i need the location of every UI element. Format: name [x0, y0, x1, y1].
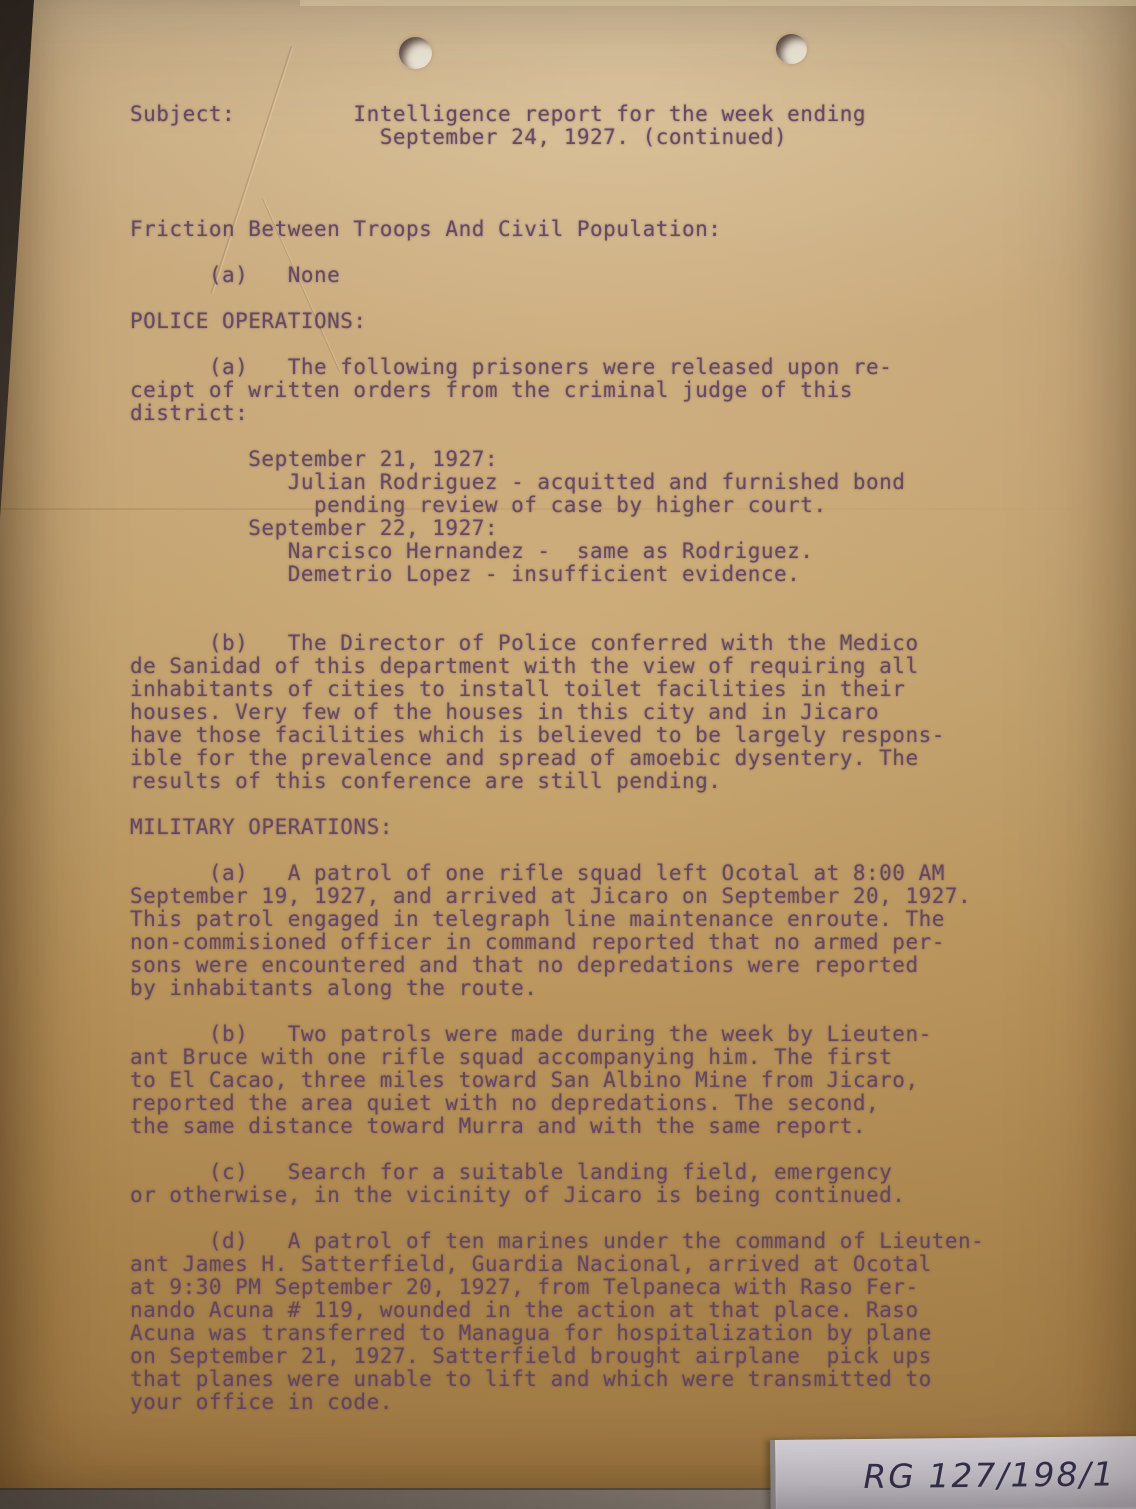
document-line: pending review of case by higher court.	[130, 494, 1070, 517]
document-line: reported the area quiet with no depredat…	[130, 1092, 1070, 1115]
document-line	[130, 839, 1070, 862]
document-lines: Subject: Intelligence report for the wee…	[130, 103, 1070, 1414]
document-line: ible for the prevalence and spread of am…	[130, 747, 1070, 770]
document-line: (d) A patrol of ten marines under the co…	[130, 1230, 1070, 1253]
document-line: district:	[130, 402, 1070, 425]
document-line: Subject: Intelligence report for the wee…	[130, 103, 1070, 126]
document-line: your office in code.	[130, 1391, 1070, 1414]
document-line: inhabitants of cities to install toilet …	[130, 678, 1070, 701]
document-line: Acuna was transferred to Managua for hos…	[130, 1322, 1070, 1345]
document-line: Friction Between Troops And Civil Popula…	[130, 218, 1070, 241]
document-line: MILITARY OPERATIONS:	[130, 816, 1070, 839]
document-line: Demetrio Lopez - insufficient evidence.	[130, 563, 1070, 586]
document-line	[130, 172, 1070, 195]
document-line: that planes were unable to lift and whic…	[130, 1368, 1070, 1391]
document-line: houses. Very few of the houses in this c…	[130, 701, 1070, 724]
document-line: nando Acuna # 119, wounded in the action…	[130, 1299, 1070, 1322]
document-line: (b) The Director of Police conferred wit…	[130, 632, 1070, 655]
document-line: by inhabitants along the route.	[130, 977, 1070, 1000]
punch-hole-right	[776, 34, 807, 64]
document-line: ceipt of written orders from the crimina…	[130, 379, 1070, 402]
document-line: have those facilities which is believed …	[130, 724, 1070, 747]
document-line: results of this conference are still pen…	[130, 770, 1070, 793]
document-line: September 22, 1927:	[130, 517, 1070, 540]
document-line: Julian Rodriguez - acquitted and furnish…	[130, 471, 1070, 494]
document-line	[130, 586, 1070, 609]
document-line	[130, 609, 1070, 632]
table-surface-edge	[0, 1488, 796, 1509]
document-line: Narcisco Hernandez - same as Rodriguez.	[130, 540, 1070, 563]
archive-label-faint-mark: /	[1115, 1452, 1136, 1494]
archive-label-text: RG 127/198/1	[775, 1454, 1116, 1497]
document-line: (a) A patrol of one rifle squad left Oco…	[130, 862, 1070, 885]
document-line: September 21, 1927:	[130, 448, 1070, 471]
document-line: to El Cacao, three miles toward San Albi…	[130, 1069, 1070, 1092]
document-line: on September 21, 1927. Satterfield broug…	[130, 1345, 1070, 1368]
document-line: de Sanidad of this department with the v…	[130, 655, 1070, 678]
document-line: non-commisioned officer in command repor…	[130, 931, 1070, 954]
document-line: ant Bruce with one rifle squad accompany…	[130, 1046, 1070, 1069]
photo-frame: Subject: Intelligence report for the wee…	[0, 0, 1136, 1509]
document-paper: Subject: Intelligence report for the wee…	[0, 0, 1136, 1509]
document-line: sons were encountered and that no depred…	[130, 954, 1070, 977]
archive-label: RG 127/198/1 /	[770, 1436, 1136, 1509]
document-line	[130, 333, 1070, 356]
document-line	[130, 241, 1070, 264]
document-line	[130, 1138, 1070, 1161]
document-line: (a) The following prisoners were release…	[130, 356, 1070, 379]
document-line: POLICE OPERATIONS:	[130, 310, 1070, 333]
document-line: September 19, 1927, and arrived at Jicar…	[130, 885, 1070, 908]
paper-top-edge	[300, 0, 1136, 6]
document-line	[130, 1207, 1070, 1230]
document-line	[130, 287, 1070, 310]
document-line: the same distance toward Murra and with …	[130, 1115, 1070, 1138]
document-line	[130, 149, 1070, 172]
document-line: (a) None	[130, 264, 1070, 287]
document-line: (b) Two patrols were made during the wee…	[130, 1023, 1070, 1046]
document-line: ant James H. Satterfield, Guardia Nacion…	[130, 1253, 1070, 1276]
document-line: (c) Search for a suitable landing field,…	[130, 1161, 1070, 1184]
document-line: September 24, 1927. (continued)	[130, 126, 1070, 149]
document-line: This patrol engaged in telegraph line ma…	[130, 908, 1070, 931]
document-line	[130, 425, 1070, 448]
document-line: at 9:30 PM September 20, 1927, from Telp…	[130, 1276, 1070, 1299]
document-line	[130, 793, 1070, 816]
punch-hole-left	[399, 37, 432, 69]
document-line: or otherwise, in the vicinity of Jicaro …	[130, 1184, 1070, 1207]
document-line	[130, 1000, 1070, 1023]
document-line	[130, 195, 1070, 218]
